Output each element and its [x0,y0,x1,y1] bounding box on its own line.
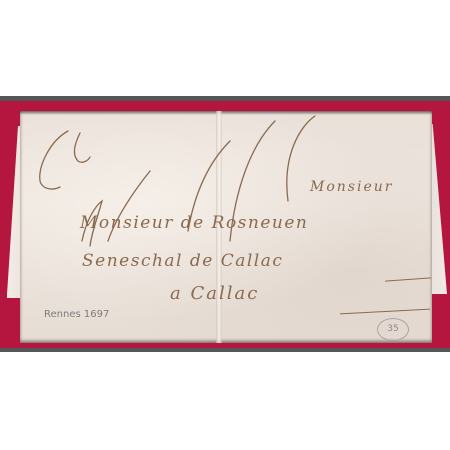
address-line-1: Monsieur [310,179,393,195]
top-frame-band [0,96,450,101]
folded-letter: Monsieur Monsieur de Rosneuen Seneschal … [20,111,432,343]
address-line-4: a Callac [170,283,259,304]
bottom-frame-band [0,348,450,352]
address-line-3: Seneschal de Callac [82,251,283,271]
letter-photo: Monsieur Monsieur de Rosneuen Seneschal … [0,96,450,352]
circled-pencil-mark: 35 [377,318,409,341]
pencil-note: Rennes 1697 [44,309,109,320]
address-line-2: Monsieur de Rosneuen [80,213,308,233]
